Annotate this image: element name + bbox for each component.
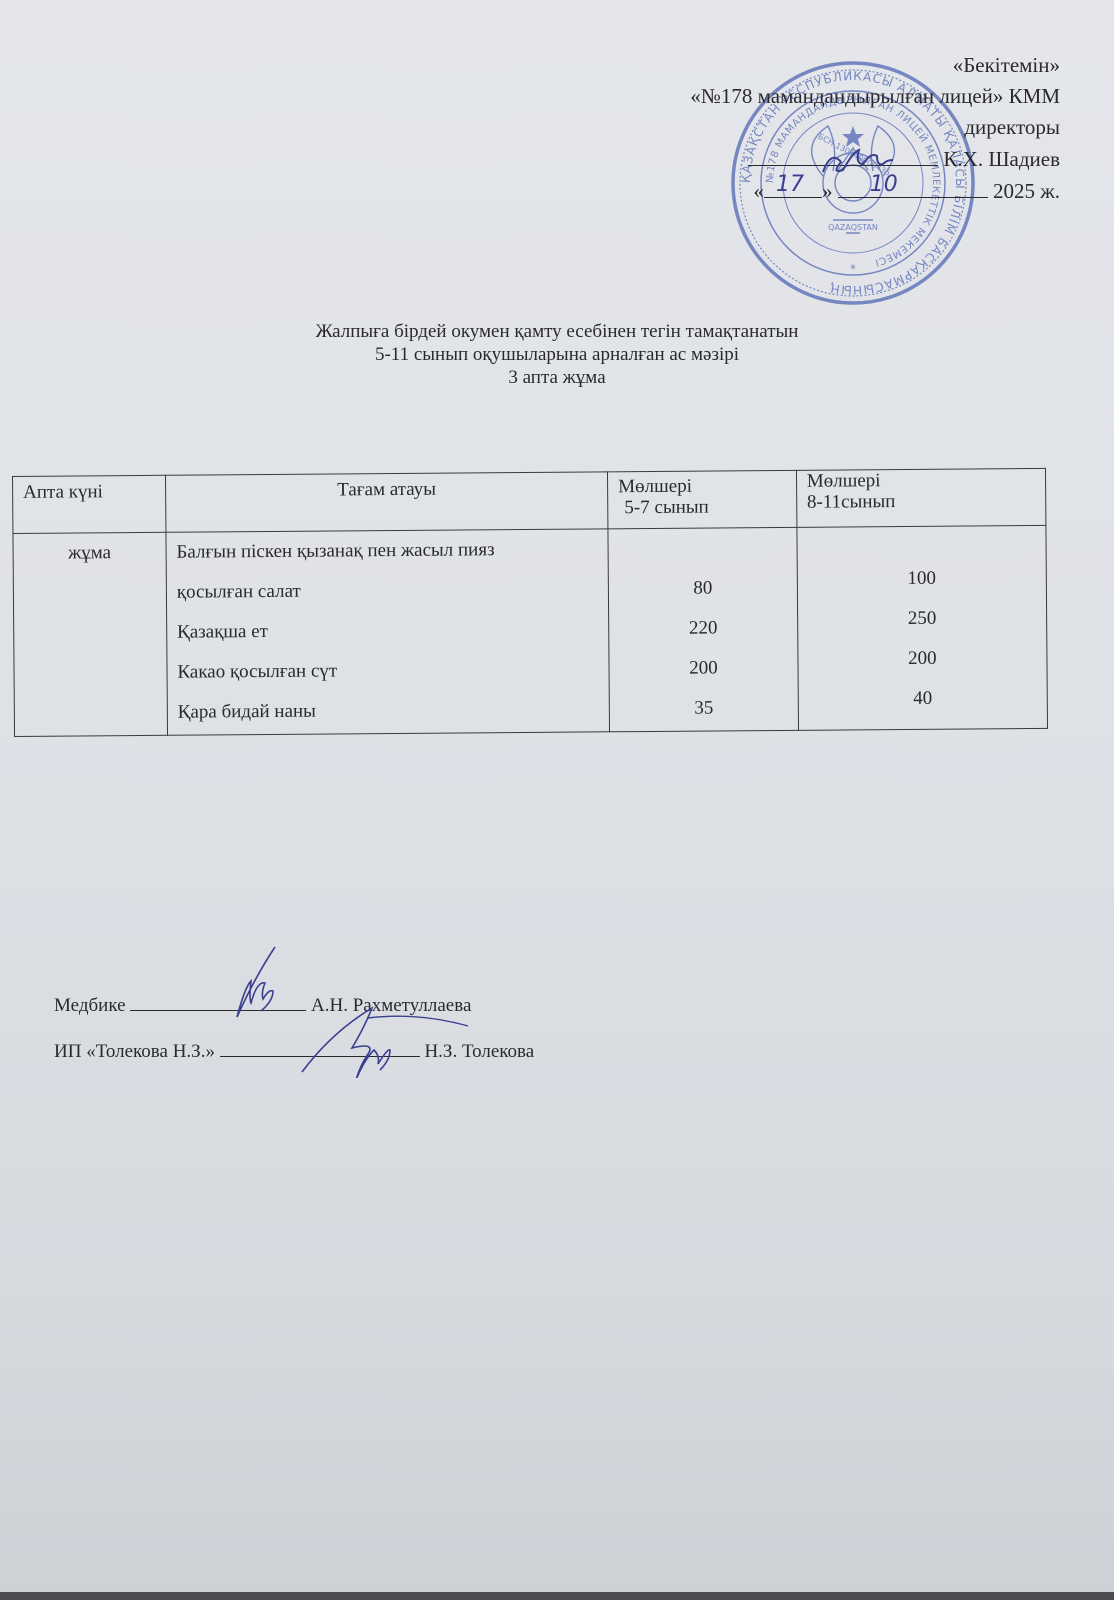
header-dish: Тағам атауы — [165, 472, 608, 532]
document-title: Жалпыға бірдей окумен қамту есебінен тег… — [0, 320, 1114, 389]
nurse-name: А.Н. Рахметуллаева — [311, 995, 471, 1016]
menu-table: Апта күні Тағам атауы Мөлшері 5-7 сынып … — [12, 468, 1048, 737]
table-header-row: Апта күні Тағам атауы Мөлшері 5-7 сынып … — [13, 468, 1046, 533]
date-year: 2025 ж. — [993, 179, 1060, 203]
header-qty-8-11: Мөлшері 8-11сынып — [796, 468, 1046, 527]
date-month-blank: 10 — [838, 175, 988, 198]
nurse-label: Медбике — [54, 995, 126, 1016]
qty-value: 200 — [799, 646, 1046, 688]
approval-date-line: «17» 10 2025 ж. — [690, 175, 1060, 207]
date-month-handwritten: 10 — [870, 169, 898, 200]
signature-block: Медбике А.Н. Рахметуллаева ИП «Толекова … — [54, 992, 534, 1084]
approval-organization: «№178 мамандандырылған лицей» КММ — [690, 81, 1060, 112]
qty-value: 80 — [610, 576, 796, 617]
title-line-3: 3 апта жұма — [0, 366, 1114, 389]
date-day-handwritten: 17 — [776, 169, 804, 200]
dish-name: Какао қосылған сүт — [177, 657, 599, 700]
nurse-signature-row: Медбике А.Н. Рахметуллаева — [54, 992, 534, 1018]
qty-5-7-cell: 80 220 200 35 — [608, 527, 798, 731]
header-qty-5-7-grade: 5-7 сынып — [618, 496, 786, 518]
dishes-cell: Балғын піскен қызанақ пен жасыл пияз қос… — [166, 529, 610, 735]
qty-value: 40 — [799, 686, 1045, 712]
qty-8-11-cell: 100 250 200 40 — [797, 525, 1048, 730]
dish-name: Балғын піскен қызанақ пен жасыл пияз — [176, 537, 598, 580]
approval-heading: «Бекітемін» — [690, 50, 1060, 81]
supplier-label: ИП «Толекова Н.З.» — [54, 1041, 215, 1062]
header-qty-5-7: Мөлшері 5-7 сынып — [608, 470, 797, 528]
dish-name: Қазақша ет — [177, 617, 599, 660]
director-signature-blank — [748, 143, 938, 166]
supplier-signature-blank — [220, 1038, 420, 1057]
qty-value: 220 — [610, 616, 796, 657]
day-cell: жұма — [13, 532, 167, 736]
qty-value: 200 — [611, 656, 797, 697]
header-qty-5-7-label: Мөлшері — [618, 475, 786, 497]
qty-value: 250 — [799, 606, 1046, 648]
dish-name-cont: қосылған салат — [177, 577, 599, 620]
supplier-name: Н.З. Толекова — [424, 1041, 534, 1062]
director-name: К.Х. Шадиев — [943, 147, 1060, 171]
header-day: Апта күні — [13, 475, 166, 533]
qty-value: 35 — [611, 696, 797, 721]
date-open-quote: « — [753, 179, 764, 203]
title-line-1: Жалпыға бірдей окумен қамту есебінен тег… — [0, 320, 1114, 343]
supplier-signature-row: ИП «Толекова Н.З.» Н.З. Толекова — [54, 1038, 534, 1064]
approval-block: «Бекітемін» «№178 мамандандырылған лицей… — [690, 50, 1060, 207]
qty-value: 100 — [798, 566, 1045, 608]
dish-name: Қара бидай наны — [178, 697, 599, 730]
stamp-center-label: QAZAQSTAN — [828, 223, 878, 232]
date-close-quote: » — [822, 179, 833, 203]
title-line-2: 5-11 сынып оқушыларына арналған ас мәзір… — [0, 343, 1114, 366]
page-edge — [0, 1592, 1114, 1600]
date-day-blank: 17 — [764, 175, 822, 198]
header-qty-8-11-label: Мөлшері — [807, 469, 1035, 492]
svg-text:*: * — [850, 262, 856, 276]
table-row: жұма Балғын піскен қызанақ пен жасыл пия… — [13, 525, 1048, 736]
header-qty-8-11-grade: 8-11сынып — [807, 490, 1035, 513]
nurse-signature-blank — [130, 992, 306, 1011]
approval-position: директоры — [690, 112, 1060, 143]
